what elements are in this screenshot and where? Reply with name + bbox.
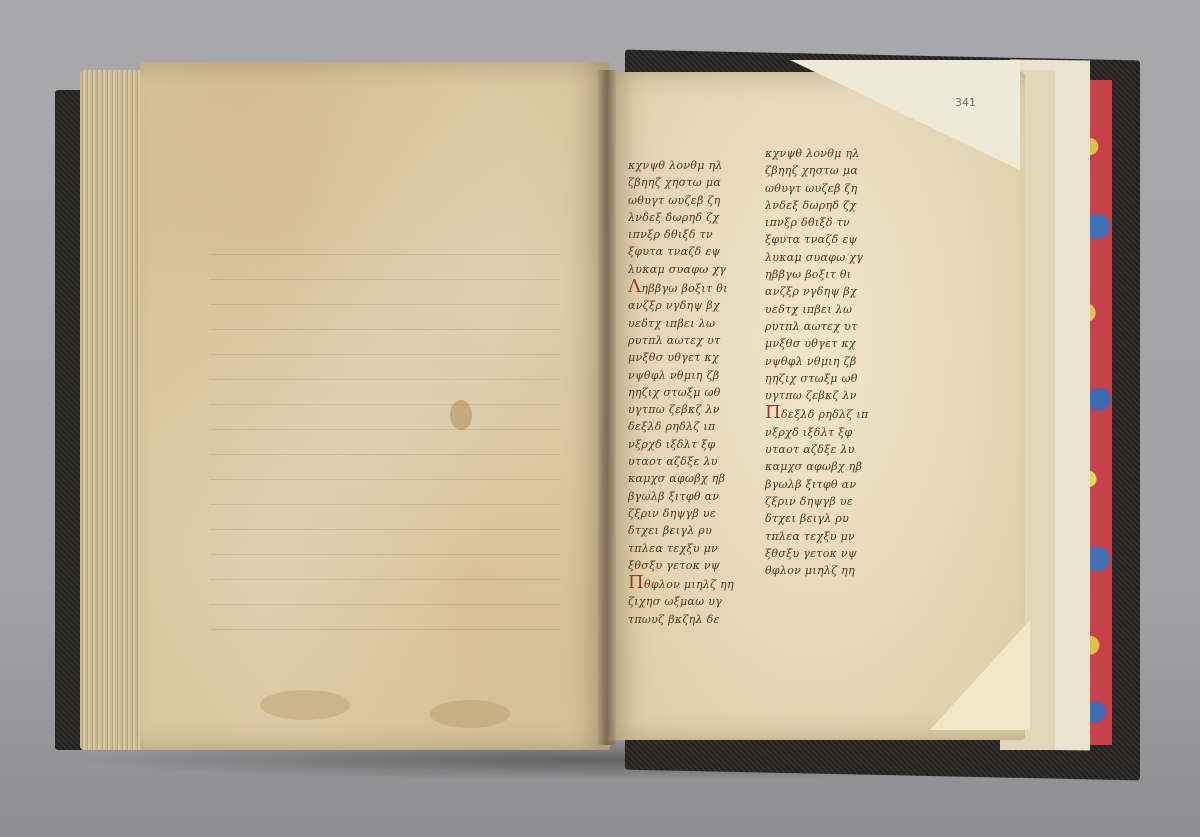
script-line: ζβηηζ χηστω μα — [765, 162, 890, 179]
script-line: βγωλβ ξιτφθ αν — [628, 488, 753, 505]
script-line: λνδεξ δωρηδ ζχ — [628, 209, 753, 226]
script-line: μνξθσ υθγετ κχ — [765, 335, 890, 352]
script-line: υγτπω ζεβκζ λν — [628, 401, 753, 418]
script-line: υεδτχ ιπβει λω — [628, 315, 753, 332]
script-line: τπωυζ βκζηλ δε — [628, 611, 753, 628]
script-line: ζξριν δηψγβ υε — [765, 493, 890, 510]
script-line: μνξθσ υθγετ κχ — [628, 349, 753, 366]
script-line: ξθσξυ γετοκ νψ — [765, 545, 890, 562]
script-line: ηηζιχ στωξμ ωθ — [765, 370, 890, 387]
script-line: καμχσ αφωβχ ηβ — [628, 470, 753, 487]
script-line: Πθφλον μιηλζ ηη — [628, 574, 753, 593]
left-page-ruling — [210, 230, 560, 650]
script-line: λυκαμ συαφω χγ — [765, 249, 890, 266]
script-line: κχνψθ λονθμ ηλ — [628, 157, 753, 174]
script-line: κχνψθ λονθμ ηλ — [765, 145, 890, 162]
script-line: τπλεα τεχξυ μν — [765, 528, 890, 545]
script-line: ηηζιχ στωξμ ωθ — [628, 384, 753, 401]
folio-number: 341 — [955, 96, 976, 109]
script-line: ανζξρ νγδηψ βχ — [628, 297, 753, 314]
script-line: ζβηηζ χηστω μα — [628, 174, 753, 191]
script-line: ξφυτα τναζδ εψ — [628, 243, 753, 260]
script-line: Ληββγω βοξιτ θι — [628, 278, 753, 297]
script-line: ρυτπλ αωτεχ υτ — [628, 332, 753, 349]
script-line: δεξλδ ρηδλζ ιπ — [628, 418, 753, 435]
script-line: ανζξρ νγδηψ βχ — [765, 283, 890, 300]
script-line: υγτπω ζεβκζ λν — [765, 387, 890, 404]
script-line: δτχει βειγλ ρυ — [628, 522, 753, 539]
script-line: βγωλβ ξιτφθ αν — [765, 476, 890, 493]
script-line: λνδεξ δωρηδ ζχ — [765, 197, 890, 214]
stain — [430, 700, 510, 728]
stain — [450, 400, 472, 430]
script-line: υταοτ αζδξε λυ — [765, 441, 890, 458]
script-line: νψθφλ νθμιη ζβ — [765, 353, 890, 370]
script-line: Πδεξλδ ρηδλζ ιπ — [765, 404, 890, 423]
script-line: λυκαμ συαφω χγ — [628, 261, 753, 278]
stain — [260, 690, 350, 720]
script-line: ηββγω βοξιτ θι — [765, 266, 890, 283]
script-line: νξρχδ ιξδλτ ξφ — [628, 436, 753, 453]
script-line: ωθυγτ ωυζεβ ζη — [628, 192, 753, 209]
script-line: υταοτ αζδξε λυ — [628, 453, 753, 470]
script-line: ρυτπλ αωτεχ υτ — [765, 318, 890, 335]
script-line: ζιχησ ωξμαω υγ — [628, 593, 753, 610]
text-column-2: κχνψθ λονθμ ηλζβηηζ χηστω μαωθυγτ ωυζεβ … — [765, 145, 890, 579]
script-line: νξρχδ ιξδλτ ξφ — [765, 424, 890, 441]
script-line: καμχσ αφωβχ ηβ — [765, 458, 890, 475]
script-line: ιπνξρ δθιξδ τν — [628, 226, 753, 243]
script-line: τπλεα τεχξυ μν — [628, 540, 753, 557]
gutter-shadow — [598, 70, 616, 745]
script-line: δτχει βειγλ ρυ — [765, 510, 890, 527]
script-line: ιπνξρ δθιξδ τν — [765, 214, 890, 231]
script-line: ξθσξυ γετοκ νψ — [628, 557, 753, 574]
script-line: ζξριν δηψγβ υε — [628, 505, 753, 522]
script-line: ωθυγτ ωυζεβ ζη — [765, 180, 890, 197]
script-line: νψθφλ νθμιη ζβ — [628, 367, 753, 384]
text-column-1: κχνψθ λονθμ ηλζβηηζ χηστω μαωθυγτ ωυζεβ … — [628, 157, 753, 628]
script-line: ξφυτα τναζδ εψ — [765, 231, 890, 248]
script-line: θφλον μιηλζ ηη — [765, 562, 890, 579]
script-line: υεδτχ ιπβει λω — [765, 301, 890, 318]
